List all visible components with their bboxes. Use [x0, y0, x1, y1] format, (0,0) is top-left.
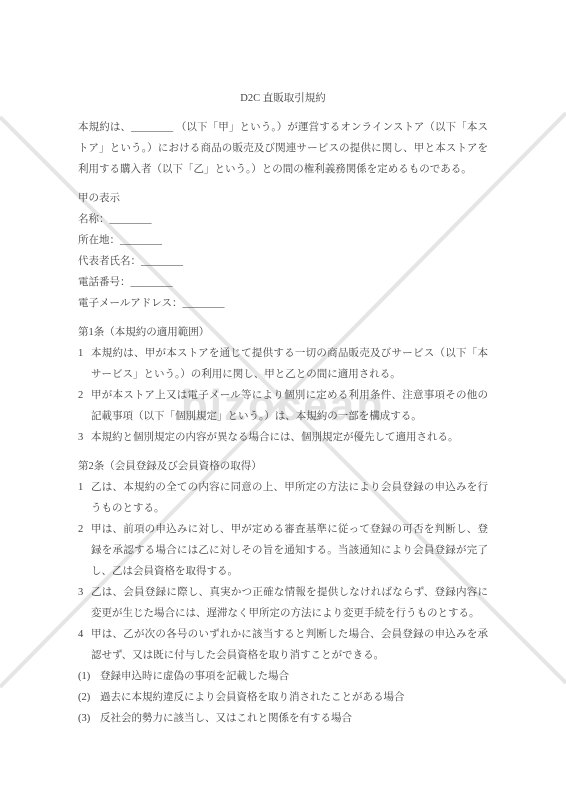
party-heading: 甲の表示 — [78, 188, 488, 209]
subclause-text: 登録申込時に虚偽の事項を記載した場合 — [100, 671, 289, 682]
article-heading: 第1条（本規約の適用範囲） — [78, 322, 488, 343]
party-field-phone: 電話番号：________ — [78, 272, 488, 293]
party-field-name: 名称：________ — [78, 209, 488, 230]
subclause-number: (3) — [78, 708, 90, 729]
party-field-email: 電子メールアドレス：________ — [78, 293, 488, 314]
party-field-address: 所在地：________ — [78, 230, 488, 251]
article-2-section: 第2条（会員登録及び会員資格の取得） 1 乙は、本規約の全ての内容に同意の上、甲… — [78, 456, 488, 729]
clause-text: 本規約は、甲が本ストアを通じて提供する一切の商品販売及びサービス（以下「本サービ… — [91, 348, 488, 380]
clause: 2 甲は、前項の申込みに対し、甲が定める審査基準に従って登録の可否を判断し、登録… — [78, 519, 488, 582]
clause: 2 甲が本ストア上又は電子メール等により個別に定める利用条件、注意事項その他の記… — [78, 385, 488, 427]
subclause: (1) 登録申込時に虚偽の事項を記載した場合 — [78, 666, 488, 687]
subclause-text: 過去に本規約違反により会員資格を取り消されたことがある場合 — [100, 692, 405, 703]
field-label: 所在地： — [78, 235, 120, 246]
field-blank: ________ — [120, 235, 162, 246]
field-label: 電話番号： — [78, 277, 131, 288]
party-field-representative: 代表者氏名：________ — [78, 251, 488, 272]
subclause: (3) 反社会的勢力に該当し、又はこれと関係を有する場合 — [78, 708, 488, 729]
clause: 4 甲は、乙が次の各号のいずれかに該当すると判断した場合、会員登録の申込みを承認… — [78, 624, 488, 666]
field-label: 代表者氏名： — [78, 256, 141, 267]
document-page: D2C 直販取引規約 本規約は、________ （以下「甲」という。）が運営す… — [78, 88, 488, 729]
field-blank: ________ — [141, 256, 183, 267]
clause-number: 1 — [78, 343, 83, 364]
clause-number: 2 — [78, 519, 83, 540]
clause-text: 乙は、会員登録に際し、真実かつ正確な情報を提供しなければならず、登録内容に変更が… — [91, 587, 488, 619]
clause-number: 1 — [78, 477, 83, 498]
document-title: D2C 直販取引規約 — [78, 88, 488, 109]
subclause-number: (1) — [78, 666, 90, 687]
intro-paragraph: 本規約は、________ （以下「甲」という。）が運営するオンラインストア（以… — [78, 117, 488, 180]
clause-text: 甲は、前項の申込みに対し、甲が定める審査基準に従って登録の可否を判断し、登録を承… — [91, 524, 488, 577]
subclause-number: (2) — [78, 687, 90, 708]
clause: 1 本規約は、甲が本ストアを通じて提供する一切の商品販売及びサービス（以下「本サ… — [78, 343, 488, 385]
field-label: 電子メールアドレス： — [78, 298, 182, 309]
field-blank: ________ — [131, 277, 173, 288]
clause: 3 乙は、会員登録に際し、真実かつ正確な情報を提供しなければならず、登録内容に変… — [78, 582, 488, 624]
party-info-section: 甲の表示 名称：________ 所在地：________ 代表者氏名：____… — [78, 188, 488, 314]
intro-section: 本規約は、________ （以下「甲」という。）が運営するオンラインストア（以… — [78, 117, 488, 180]
clause-text: 乙は、本規約の全ての内容に同意の上、甲所定の方法により会員登録の申込みを行うもの… — [91, 482, 488, 514]
article-1-section: 第1条（本規約の適用範囲） 1 本規約は、甲が本ストアを通じて提供する一切の商品… — [78, 322, 488, 448]
field-blank: ________ — [182, 298, 224, 309]
subclause: (2) 過去に本規約違反により会員資格を取り消されたことがある場合 — [78, 687, 488, 708]
field-blank: ________ — [110, 214, 152, 225]
clause-text: 甲は、乙が次の各号のいずれかに該当すると判断した場合、会員登録の申込みを承認せず… — [91, 629, 488, 661]
field-label: 名称： — [78, 214, 110, 225]
clause-number: 2 — [78, 385, 83, 406]
clause-text: 甲が本ストア上又は電子メール等により個別に定める利用条件、注意事項その他の記載事… — [91, 390, 488, 422]
clause-number: 3 — [78, 582, 83, 603]
clause-text: 本規約と個別規定の内容が異なる場合には、個別規定が優先して適用される。 — [91, 432, 459, 443]
clause-number: 4 — [78, 624, 83, 645]
article-heading: 第2条（会員登録及び会員資格の取得） — [78, 456, 488, 477]
clause: 1 乙は、本規約の全ての内容に同意の上、甲所定の方法により会員登録の申込みを行う… — [78, 477, 488, 519]
clause-number: 3 — [78, 427, 83, 448]
subclause-text: 反社会的勢力に該当し、又はこれと関係を有する場合 — [100, 713, 352, 724]
clause: 3 本規約と個別規定の内容が異なる場合には、個別規定が優先して適用される。 — [78, 427, 488, 448]
